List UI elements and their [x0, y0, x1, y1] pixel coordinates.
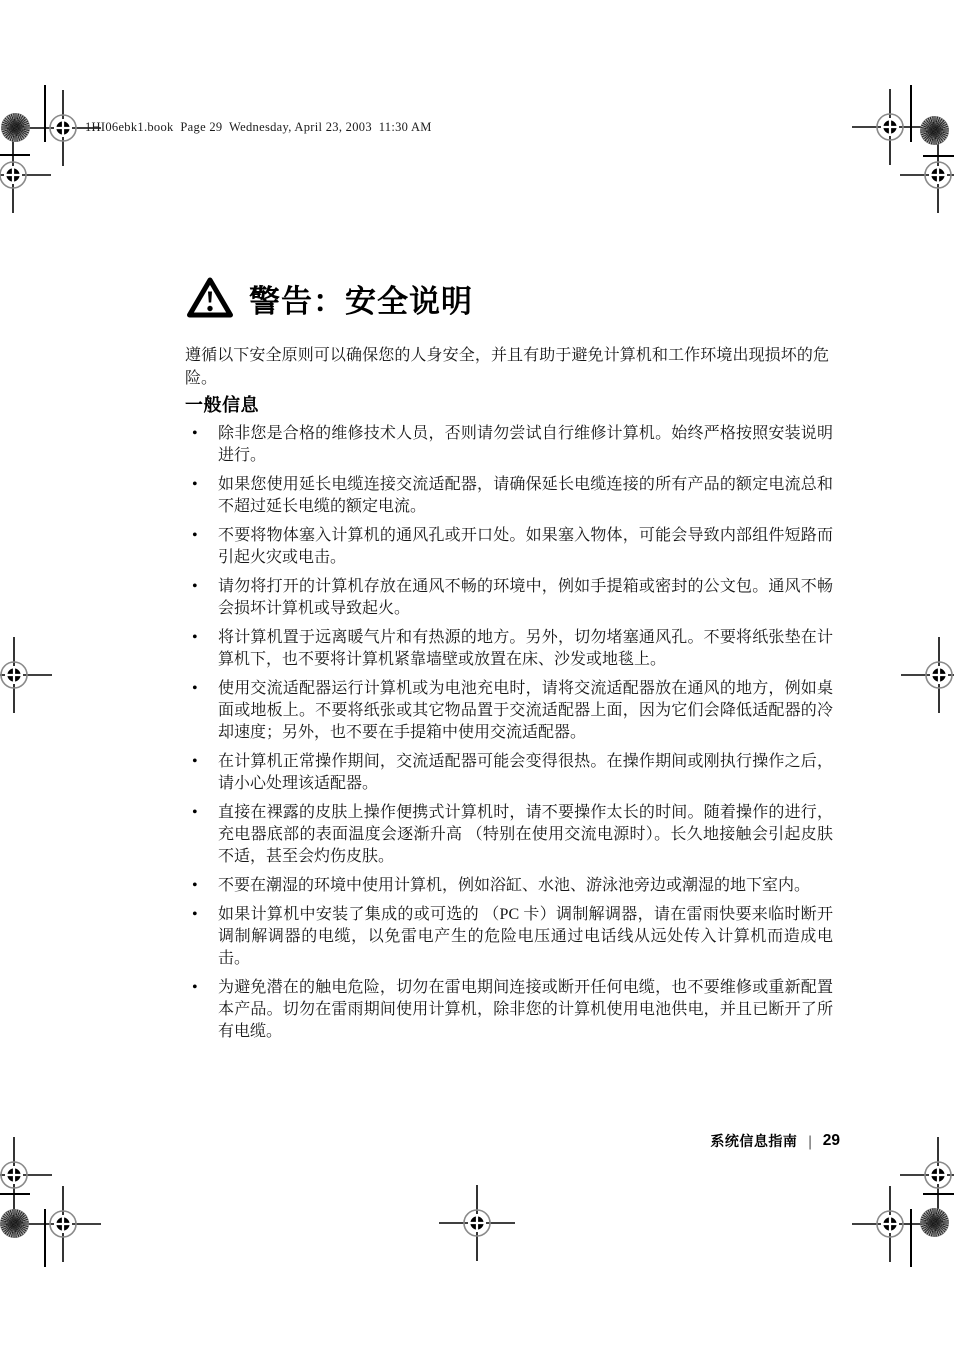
- registration-target-icon: [0, 1137, 52, 1213]
- bullet-text: 如果您使用延长电缆连接交流适配器，请确保延长电缆连接的所有产品的额定电流总和不超…: [218, 474, 833, 518]
- bullet-icon: •: [185, 576, 218, 620]
- section-heading: 一般信息: [185, 391, 259, 417]
- bullet-text: 将计算机置于远离暖气片和有热源的地方。另外，切勿堵塞通风孔。不要将纸张垫在计算机…: [218, 627, 833, 671]
- bullet-text: 直接在裸露的皮肤上操作便携式计算机时，请不要操作太长的时间。随着操作的进行，充电…: [218, 802, 833, 868]
- crop-mark: [0, 154, 30, 156]
- list-item: • 不要将物体塞入计算机的通风孔或开口处。如果塞入物体，可能会导致内部组件短路而…: [185, 525, 833, 569]
- registration-target-icon: [852, 89, 928, 165]
- bullet-text: 在计算机正常操作期间，交流适配器可能会变得很热。在操作期间或刚执行操作之后，请小…: [218, 751, 833, 795]
- registration-target-icon: [0, 637, 52, 713]
- bullet-icon: •: [185, 904, 218, 970]
- bullet-icon: •: [185, 977, 218, 1043]
- intro-paragraph: 遵循以下安全原则可以确保您的人身安全，并且有助于避免计算机和工作环境出现损坏的危…: [185, 344, 829, 390]
- footer-separator: |: [808, 1132, 811, 1149]
- list-item: • 将计算机置于远离暖气片和有热源的地方。另外，切勿堵塞通风孔。不要将纸张垫在计…: [185, 627, 833, 671]
- list-item: • 如果计算机中安装了集成的或可选的 （PC 卡）调制解调器，请在雷雨快要来临时…: [185, 904, 833, 970]
- bullet-text: 不要将物体塞入计算机的通风孔或开口处。如果塞入物体，可能会导致内部组件短路而引起…: [218, 525, 833, 569]
- bullet-text: 使用交流适配器运行计算机或为电池充电时，请将交流适配器放在通风的地方，例如桌面或…: [218, 678, 833, 744]
- warning-triangle-icon: [186, 276, 234, 319]
- crop-mark: [910, 1209, 912, 1267]
- page-footer: 系统信息指南 | 29: [710, 1131, 840, 1151]
- crop-mark: [923, 155, 954, 157]
- registration-target-icon: [0, 137, 51, 213]
- bullet-icon: •: [185, 678, 218, 744]
- page-number: 29: [823, 1132, 840, 1150]
- bullet-icon: •: [185, 751, 218, 795]
- list-item: • 如果您使用延长电缆连接交流适配器，请确保延长电缆连接的所有产品的额定电流总和…: [185, 474, 833, 518]
- bullet-icon: •: [185, 525, 218, 569]
- crop-mark: [923, 1193, 954, 1195]
- bullet-icon: •: [185, 474, 218, 518]
- bullet-text: 请勿将打开的计算机存放在通风不畅的环境中，例如手提箱或密封的公文包。通风不畅会损…: [218, 576, 833, 620]
- list-item: • 直接在裸露的皮肤上操作便携式计算机时，请不要操作太长的时间。随着操作的进行，…: [185, 802, 833, 868]
- crop-mark: [44, 85, 46, 142]
- safety-bullet-list: • 除非您是合格的维修技术人员，否则请勿尝试自行维修计算机。始终严格按照安装说明…: [185, 423, 833, 1050]
- color-calibration-dot-icon: [1, 113, 30, 142]
- list-item: • 不要在潮湿的环境中使用计算机，例如浴缸、水池、游泳池旁边或潮湿的地下室内。: [185, 875, 833, 897]
- footer-book-title: 系统信息指南: [710, 1131, 797, 1151]
- bullet-text: 为避免潜在的触电危险，切勿在雷电期间连接或断开任何电缆，也不要维修或重新配置本产…: [218, 977, 833, 1043]
- color-calibration-dot-icon: [920, 1208, 949, 1237]
- bullet-icon: •: [185, 875, 218, 897]
- bullet-text: 不要在潮湿的环境中使用计算机，例如浴缸、水池、游泳池旁边或潮湿的地下室内。: [218, 875, 833, 897]
- bullet-icon: •: [185, 423, 218, 467]
- list-item: • 在计算机正常操作期间，交流适配器可能会变得很热。在操作期间或刚执行操作之后，…: [185, 751, 833, 795]
- framemaker-banner: 1HI06ebk1.book Page 29 Wednesday, April …: [85, 120, 432, 135]
- bullet-icon: •: [185, 802, 218, 868]
- crop-mark: [910, 85, 912, 142]
- list-item: • 使用交流适配器运行计算机或为电池充电时，请将交流适配器放在通风的地方，例如桌…: [185, 678, 833, 744]
- registration-target-icon: [901, 637, 954, 713]
- printed-page: { "header": { "banner_text": "1HI06ebk1.…: [0, 0, 954, 1351]
- crop-mark: [0, 1193, 30, 1195]
- list-item: • 请勿将打开的计算机存放在通风不畅的环境中，例如手提箱或密封的公文包。通风不畅…: [185, 576, 833, 620]
- registration-target-icon: [900, 1137, 954, 1213]
- warning-title-row: 警告：安全说明: [186, 276, 473, 319]
- list-item: • 为避免潜在的触电危险，切勿在雷电期间连接或断开任何电缆，也不要维修或重新配置…: [185, 977, 833, 1043]
- color-calibration-dot-icon: [920, 116, 949, 145]
- crop-mark: [44, 1209, 46, 1267]
- registration-target-icon: [25, 1186, 101, 1262]
- registration-target-icon: [439, 1185, 515, 1261]
- registration-target-icon: [852, 1186, 928, 1262]
- registration-target-icon: [900, 137, 954, 213]
- bullet-icon: •: [185, 627, 218, 671]
- bullet-text: 如果计算机中安装了集成的或可选的 （PC 卡）调制解调器，请在雷雨快要来临时断开…: [218, 904, 833, 970]
- list-item: • 除非您是合格的维修技术人员，否则请勿尝试自行维修计算机。始终严格按照安装说明…: [185, 423, 833, 467]
- color-calibration-dot-icon: [0, 1209, 29, 1238]
- page-title: 警告：安全说明: [249, 285, 473, 319]
- bullet-text: 除非您是合格的维修技术人员，否则请勿尝试自行维修计算机。始终严格按照安装说明进行…: [218, 423, 833, 467]
